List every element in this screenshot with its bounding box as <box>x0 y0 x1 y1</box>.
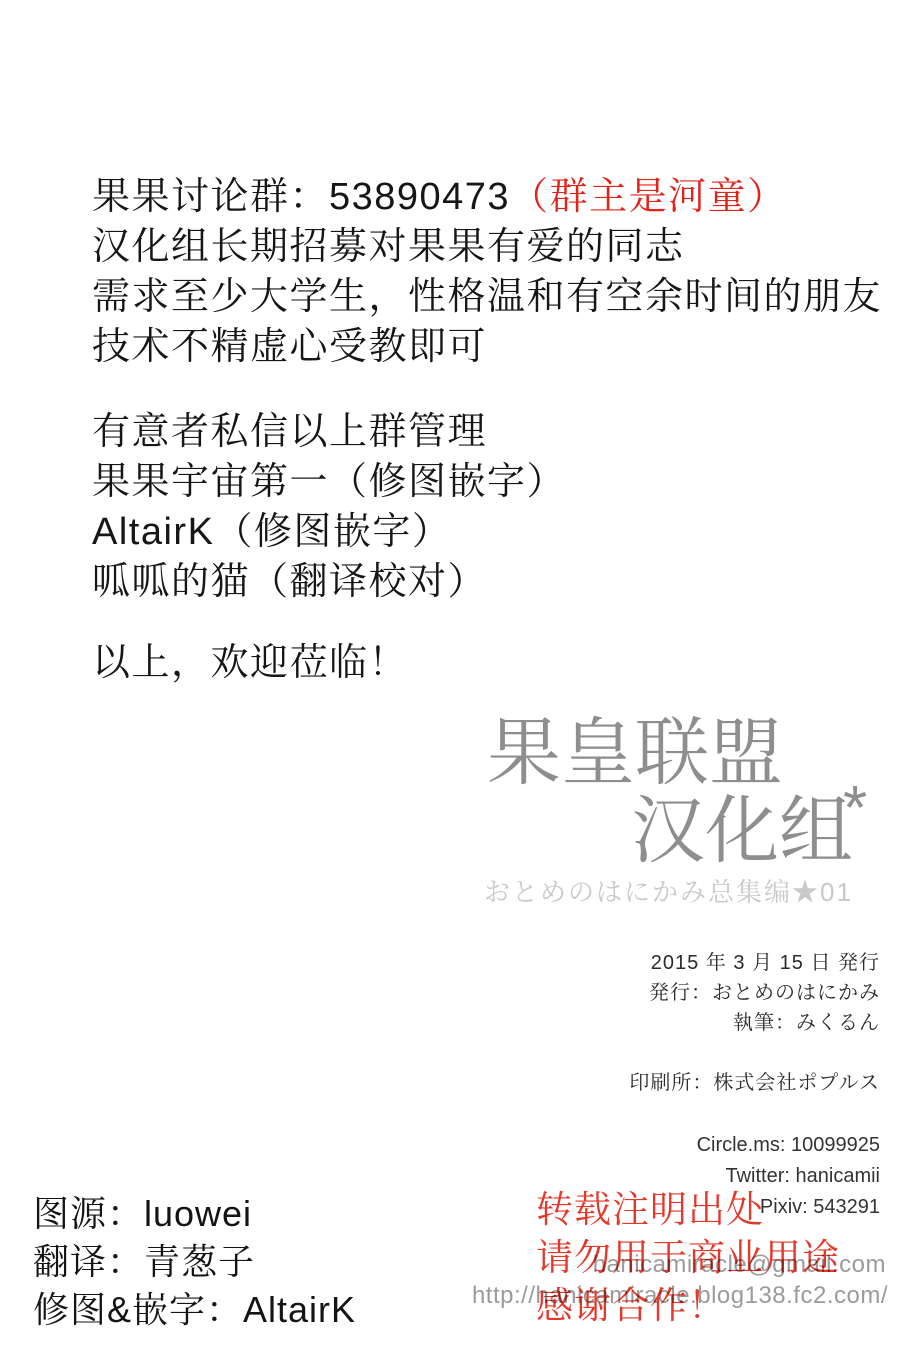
staff-line: 呱呱的猫（翻译校对） <box>92 557 566 607</box>
colophon-date: 2015 年 3 月 15 日 発行 <box>649 948 880 978</box>
logo-subtitle: おとめのはにかみ总集编★01 <box>484 872 853 909</box>
group-number-text: 果果讨论群：53890473 <box>92 176 510 218</box>
scanned-credits-page: 果果讨论群：53890473（群主是河童） 汉化组长期招募对果果有爱的同志 需求… <box>0 0 924 1363</box>
recruitment-block: 果果讨论群：53890473（群主是河童） 汉化组长期招募对果果有爱的同志 需求… <box>92 172 882 372</box>
welcome-text: 以上，欢迎莅临！ <box>92 638 408 688</box>
staff-line: AltairK（修图嵌字） <box>92 507 566 557</box>
staff-line: 有意者私信以上群管理 <box>92 407 566 457</box>
colophon-author: 執筆：みくるん <box>649 1008 880 1038</box>
star-icon: * <box>843 778 867 840</box>
colophon-publisher: 発行：おとめのはにかみ <box>649 978 880 1008</box>
staff-line: 果果宇宙第一（修图嵌字） <box>92 457 566 507</box>
recruitment-line: 汉化组长期招募对果果有爱的同志 <box>92 222 882 272</box>
staff-block: 有意者私信以上群管理 果果宇宙第一（修图嵌字） AltairK（修图嵌字） 呱呱… <box>92 407 566 607</box>
credit-source: 图源：luowei <box>33 1190 356 1238</box>
watermark-blog-url: http://hanicamiracle.blog138.fc2.com/ <box>472 1282 888 1310</box>
recruitment-line-group: 果果讨论群：53890473（群主是河童） <box>92 172 882 222</box>
credit-cleaning: 修图&嵌字：AltairK <box>33 1286 356 1334</box>
credits-block: 图源：luowei 翻译：青葱子 修图&嵌字：AltairK <box>33 1190 356 1334</box>
recruitment-line: 需求至少大学生，性格温和有空余时间的朋友 <box>92 272 882 322</box>
logo-line1: 果皇联盟 <box>487 714 783 792</box>
recruitment-line: 技术不精虚心受教即可 <box>92 322 882 372</box>
contact-circlems: Circle.ms: 10099925 <box>697 1130 880 1161</box>
colophon-block: 2015 年 3 月 15 日 発行 発行：おとめのはにかみ 執筆：みくるん <box>649 948 880 1038</box>
colophon-printer: 印刷所：株式会社ポプルス <box>629 1068 880 1098</box>
group-owner-note-red: （群主是河童） <box>510 176 787 218</box>
notice-line: 转载注明出处 <box>536 1186 840 1234</box>
logo-line2: 汉化组 <box>631 792 853 870</box>
credit-translation: 翻译：青葱子 <box>33 1238 356 1286</box>
watermark-email: hanicamiracle@gmail.com <box>593 1251 886 1279</box>
